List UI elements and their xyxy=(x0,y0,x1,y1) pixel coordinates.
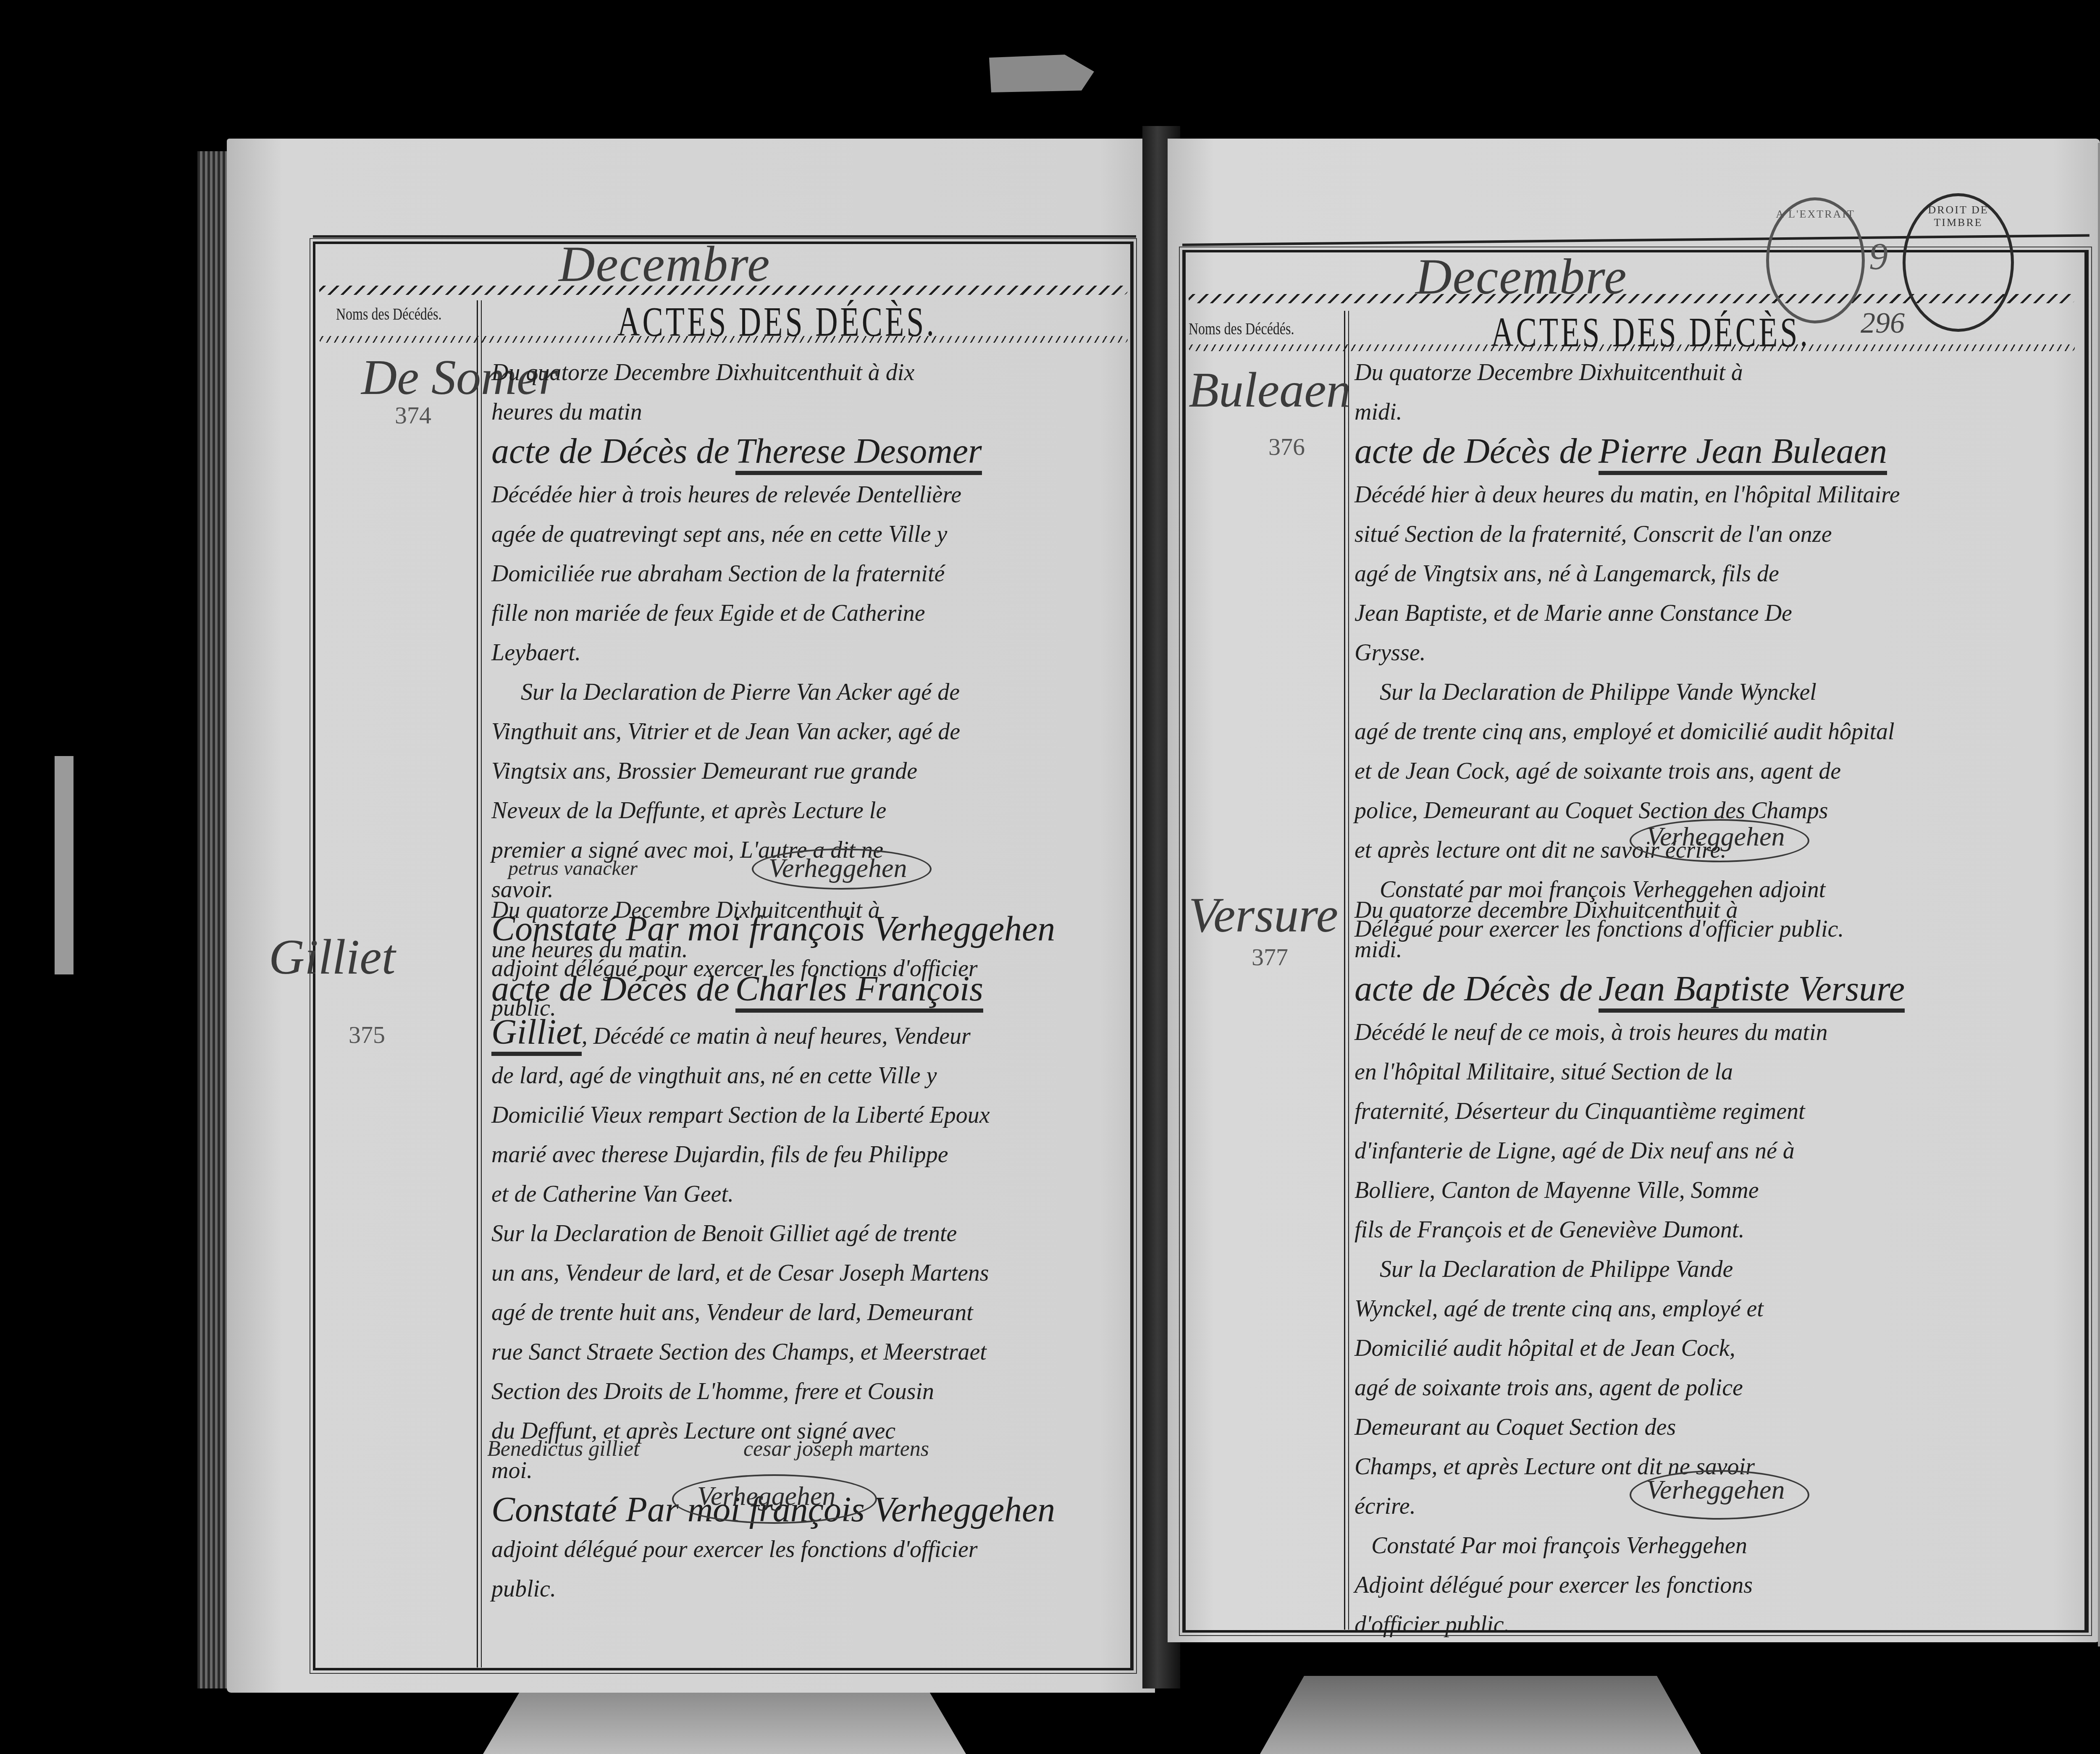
entry-line: rue Sanct Straete Section des Champs, et… xyxy=(491,1332,1055,1372)
entry-line: Domicilié Vieux rempart Section de la Li… xyxy=(491,1095,1055,1135)
page-number: 296 xyxy=(1861,307,1905,340)
witness-signature: cesar joseph martens xyxy=(743,1436,929,1461)
entry-line: Sur la Declaration de Philippe Vande Wyn… xyxy=(1354,672,1900,712)
margin-deceased-name: Versure xyxy=(1189,890,1338,940)
entry-line: acte de Décès de Pierre Jean Buleaen xyxy=(1354,432,1900,475)
officer-signature: Verheggehen xyxy=(1646,1474,1785,1505)
entry-line: Section des Droits de L'homme, frere et … xyxy=(491,1372,1055,1411)
entry-number: 375 xyxy=(349,1021,385,1049)
entry-line: un ans, Vendeur de lard, et de Cesar Jos… xyxy=(491,1253,1055,1293)
entry-line: et de Jean Cock, agé de soixante trois a… xyxy=(1354,751,1900,791)
deceased-name: Therese Desomer xyxy=(735,432,982,475)
entry-line: d'infanterie de Ligne, agé de Dix neuf a… xyxy=(1354,1131,1905,1171)
deceased-name: Jean Baptiste Versure xyxy=(1599,969,1905,1013)
archive-stamp: A L'EXTRAIT xyxy=(1766,197,1865,323)
entry-line: Domiciliée rue abraham Section de la fra… xyxy=(491,554,1055,593)
book-support-right xyxy=(1260,1676,1701,1754)
entry-line: Décédé hier à deux heures du matin, en l… xyxy=(1354,475,1900,515)
entry-line: et après lecture ont dit ne savoir écrir… xyxy=(1354,830,1900,870)
entry-line: situé Section de la fraternité, Conscrit… xyxy=(1354,515,1900,554)
names-column-divider xyxy=(1348,311,1349,1630)
officer-signature: Verheggehen xyxy=(697,1481,835,1512)
entry-line: et de Catherine Van Geet. xyxy=(491,1174,1055,1214)
names-column-divider xyxy=(477,300,478,1667)
entry-line: acte de Décès de Therese Desomer xyxy=(491,432,1055,475)
margin-deceased-name: Buleaen xyxy=(1189,365,1351,415)
deceased-surname: Gilliet xyxy=(491,1013,582,1056)
entry-line: Vingtsix ans, Brossier Demeurant rue gra… xyxy=(491,751,1055,791)
entry-line: fils de François et de Geneviève Dumont. xyxy=(1354,1210,1905,1250)
entry-line: marié avec therese Dujardin, fils de feu… xyxy=(491,1135,1055,1174)
entry-line: Du quatorze Decembre Dixhuitcenthuit à xyxy=(491,890,1055,930)
entry-line: Grysse. xyxy=(1354,633,1900,672)
entry-line: Vingthuit ans, Vitrier et de Jean Van ac… xyxy=(491,712,1055,751)
entry-number: 374 xyxy=(395,401,431,429)
officer-signature: Verheggehen xyxy=(769,853,907,884)
witness-signature: Benedictus gilliet xyxy=(487,1436,639,1461)
entry-line: de lard, agé de vingthuit ans, né en cet… xyxy=(491,1056,1055,1095)
entry-line: d'officier public. xyxy=(1354,1605,1905,1644)
entry-line: midi. xyxy=(1354,930,1905,969)
entry-line: Bolliere, Canton de Mayenne Ville, Somme xyxy=(1354,1171,1905,1210)
month-heading: Decembre xyxy=(559,235,771,293)
entry-line: Domicilié audit hôpital et de Jean Cock, xyxy=(1354,1329,1905,1368)
names-column-header: Noms des Décédés. xyxy=(1189,319,1294,339)
entry-line: agé de Vingtsix ans, né à Langemarck, fi… xyxy=(1354,554,1900,593)
archive-tab-marker xyxy=(989,55,1094,92)
entry-line: adjoint délégué pour exercer les fonctio… xyxy=(491,1530,1055,1569)
decorative-wave-rule xyxy=(319,286,1128,295)
entry-line: Décédée hier à trois heures de relevée D… xyxy=(491,475,1055,515)
witness-signature: petrus vanacker xyxy=(508,857,638,880)
entry-line: Du quatorze Decembre Dixhuitcenthuit à xyxy=(1354,353,1900,392)
entry-line: Demeurant au Coquet Section des xyxy=(1354,1407,1905,1447)
entry-line: acte de Décès de Charles François xyxy=(491,969,1055,1013)
ruler-clip xyxy=(55,756,73,974)
deceased-name: Charles François xyxy=(735,969,983,1013)
entry-line: agée de quatrevingt sept ans, née en cet… xyxy=(491,515,1055,554)
book-left-page-edges xyxy=(197,151,229,1688)
names-column-divider xyxy=(481,300,482,1667)
margin-deceased-name: Gilliet xyxy=(269,932,396,982)
entry-line: Jean Baptiste, et de Marie anne Constanc… xyxy=(1354,593,1900,633)
entry-line: Gilliet, Décédé ce matin à neuf heures, … xyxy=(491,1013,1055,1056)
names-column-header: Noms des Décédés. xyxy=(336,305,441,324)
entry-line: fille non mariée de feux Egide et de Cat… xyxy=(491,593,1055,633)
entry-number: 377 xyxy=(1252,943,1288,971)
decorative-wave-rule xyxy=(1189,344,2075,351)
stamp-digit: 9 xyxy=(1869,235,1888,278)
entry-line: agé de trente cinq ans, employé et domic… xyxy=(1354,712,1900,751)
entry-line: public. xyxy=(491,1569,1055,1609)
entry-line: agé de soixante trois ans, agent de poli… xyxy=(1354,1368,1905,1407)
entry-line: Du quatorze decembre Dixhuitcenthuit à xyxy=(1354,890,1905,930)
entry-line: Sur la Declaration de Philippe Vande xyxy=(1354,1250,1905,1289)
entry-line: Constaté Par moi françois Verheggehen xyxy=(1354,1526,1905,1565)
entry-text: Du quatorze decembre Dixhuitcenthuit à m… xyxy=(1354,890,1905,1644)
entry-line: midi. xyxy=(1354,392,1900,432)
entry-number: 376 xyxy=(1268,433,1305,461)
entry-line: Wynckel, agé de trente cinq ans, employé… xyxy=(1354,1289,1905,1329)
entry-line: agé de trente huit ans, Vendeur de lard,… xyxy=(491,1293,1055,1332)
book-support-left xyxy=(483,1688,966,1754)
deceased-name: Pierre Jean Buleaen xyxy=(1599,432,1887,475)
tax-stamp: DROIT DE TIMBRE xyxy=(1903,193,2014,332)
entry-line: Sur la Declaration de Pierre Van Acker a… xyxy=(491,672,1055,712)
decorative-wave-rule xyxy=(319,336,1128,343)
names-column-divider xyxy=(1344,311,1345,1630)
officer-signature: Verheggehen xyxy=(1646,821,1785,852)
entry-text: Du quatorze Decembre Dixhuitcenthuit à m… xyxy=(1354,353,1900,949)
entry-line: police, Demeurant au Coquet Section des … xyxy=(1354,791,1900,830)
entry-line: Sur la Declaration de Benoit Gilliet agé… xyxy=(491,1214,1055,1253)
entry-line: Neveux de la Deffunte, et après Lecture … xyxy=(491,791,1055,830)
entry-line: Adjoint délégué pour exercer les fonctio… xyxy=(1354,1565,1905,1605)
entry-line: Leybaert. xyxy=(491,633,1055,672)
entry-line: une heures du matin. xyxy=(491,930,1055,969)
entry-line: fraternité, Déserteur du Cinquantième re… xyxy=(1354,1092,1905,1131)
book-right-page-edges xyxy=(2098,143,2100,1646)
entry-line: Décédé le neuf de ce mois, à trois heure… xyxy=(1354,1013,1905,1052)
entry-line: Champs, et après Lecture ont dit ne savo… xyxy=(1354,1447,1905,1486)
entry-line: heures du matin xyxy=(491,392,1055,432)
entry-line: en l'hôpital Militaire, situé Section de… xyxy=(1354,1052,1905,1092)
entry-line: acte de Décès de Jean Baptiste Versure xyxy=(1354,969,1905,1013)
entry-line: Du quatorze Decembre Dixhuitcenthuit à d… xyxy=(491,353,1055,392)
